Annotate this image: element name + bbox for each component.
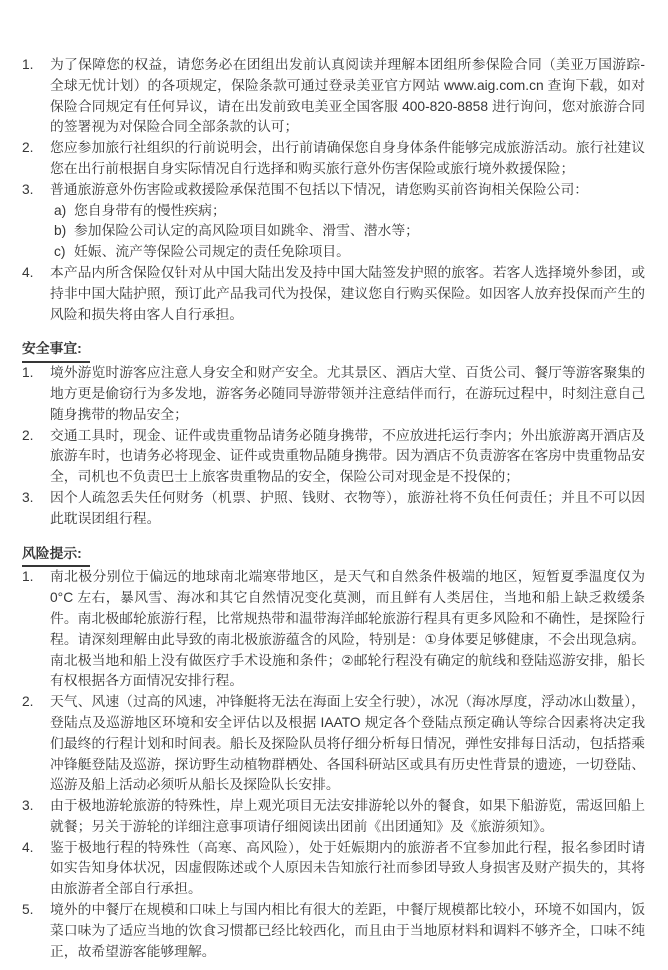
- item-number: 5.: [22, 900, 50, 921]
- list-item: 1. 南北极分别位于偏远的地球南北端寒带地区，是天气和自然条件极端的地区，短暂夏…: [22, 567, 645, 692]
- item-number: 3.: [22, 180, 50, 201]
- item-text: 鉴于极地行程的特殊性（高寒、高风险），处于妊娠期内的旅游者不宜参加此行程，报名参…: [50, 838, 645, 900]
- risk-heading: 风险提示:: [22, 544, 645, 568]
- item-text: 为了保障您的权益，请您务必在团组出发前认真阅读并理解本团组所参保险合同（美亚万国…: [50, 55, 645, 138]
- insurance-section: 1. 为了保障您的权益，请您务必在团组出发前认真阅读并理解本团组所参保险合同（美…: [22, 55, 645, 325]
- sub-list-item: b) 参加保险公司认定的高风险项目如跳伞、滑雪、潜水等；: [22, 221, 645, 242]
- item-text: 天气、风速（过高的风速，冲锋艇将无法在海面上安全行驶），冰况（海冰厚度，浮动冰山…: [50, 692, 645, 796]
- safety-section: 安全事宜: 1. 境外游览时游客应注意人身安全和财产安全。尤其景区、酒店大堂、百…: [22, 339, 645, 529]
- list-item: 3. 普通旅游意外伤害险或救援险承保范围不包括以下情况，请您购买前咨询相关保险公…: [22, 180, 645, 201]
- item-text: 交通工具时，现金、证件或贵重物品请务必随身携带，不应放进托运行李内；外出旅游离开…: [50, 426, 645, 488]
- item-number: 4.: [22, 838, 50, 859]
- list-item: 3. 由于极地游轮旅游的特殊性，岸上观光项目无法安排游轮以外的餐食，如果下船游览…: [22, 796, 645, 838]
- item-text: 本产品内所含保险仅针对从中国大陆出发及持中国大陆签发护照的旅客。若客人选择境外参…: [50, 263, 645, 325]
- sub-item-label: b): [54, 221, 74, 242]
- item-number: 1.: [22, 55, 50, 76]
- list-item: 2. 您应参加旅行社组织的行前说明会，出行前请确保您自身身体条件能够完成旅游活动…: [22, 138, 645, 180]
- list-item: 3. 因个人疏忽丢失任何财务（机票、护照、钱财、衣物等），旅游社将不负任何责任；…: [22, 488, 645, 530]
- item-number: 2.: [22, 692, 50, 713]
- sub-item-text: 妊娠、流产等保险公司规定的责任免除项目。: [74, 242, 645, 263]
- item-text: 南北极分别位于偏远的地球南北端寒带地区，是天气和自然条件极端的地区，短暂夏季温度…: [50, 567, 645, 692]
- item-number: 2.: [22, 138, 50, 159]
- risk-heading-text: 风险提示:: [22, 544, 90, 568]
- item-number: 3.: [22, 796, 50, 817]
- safety-heading-text: 安全事宜:: [22, 339, 90, 363]
- list-item: 2. 天气、风速（过高的风速，冲锋艇将无法在海面上安全行驶），冰况（海冰厚度，浮…: [22, 692, 645, 796]
- sub-item-label: c): [54, 242, 74, 263]
- item-number: 4.: [22, 263, 50, 284]
- sub-item-label: a): [54, 201, 74, 222]
- list-item: 5. 境外的中餐厅在规模和口味上与国内相比有很大的差距，中餐厅规模都比较小，环境…: [22, 900, 645, 962]
- list-item: 2. 交通工具时，现金、证件或贵重物品请务必随身携带，不应放进托运行李内；外出旅…: [22, 426, 645, 488]
- sub-list-item: c) 妊娠、流产等保险公司规定的责任免除项目。: [22, 242, 645, 263]
- item-text: 因个人疏忽丢失任何财务（机票、护照、钱财、衣物等），旅游社将不负任何责任；并且不…: [50, 488, 645, 530]
- safety-heading: 安全事宜:: [22, 339, 645, 363]
- document-page: 1. 为了保障您的权益，请您务必在团组出发前认真阅读并理解本团组所参保险合同（美…: [0, 0, 668, 970]
- item-text: 您应参加旅行社组织的行前说明会，出行前请确保您自身身体条件能够完成旅游活动。旅行…: [50, 138, 645, 180]
- list-item: 4. 本产品内所含保险仅针对从中国大陆出发及持中国大陆签发护照的旅客。若客人选择…: [22, 263, 645, 325]
- item-text: 境外游览时游客应注意人身安全和财产安全。尤其景区、酒店大堂、百货公司、餐厅等游客…: [50, 363, 645, 425]
- item-text: 境外的中餐厅在规模和口味上与国内相比有很大的差距，中餐厅规模都比较小，环境不如国…: [50, 900, 645, 962]
- item-number: 1.: [22, 567, 50, 588]
- risk-section: 风险提示: 1. 南北极分别位于偏远的地球南北端寒带地区，是天气和自然条件极端的…: [22, 544, 645, 963]
- sub-item-text: 参加保险公司认定的高风险项目如跳伞、滑雪、潜水等；: [74, 221, 645, 242]
- sub-list-item: a) 您自身带有的慢性疾病；: [22, 201, 645, 222]
- item-number: 1.: [22, 363, 50, 384]
- sub-item-text: 您自身带有的慢性疾病；: [74, 201, 645, 222]
- item-number: 2.: [22, 426, 50, 447]
- item-text: 普通旅游意外伤害险或救援险承保范围不包括以下情况，请您购买前咨询相关保险公司：: [50, 180, 645, 201]
- item-number: 3.: [22, 488, 50, 509]
- list-item: 1. 境外游览时游客应注意人身安全和财产安全。尤其景区、酒店大堂、百货公司、餐厅…: [22, 363, 645, 425]
- list-item: 1. 为了保障您的权益，请您务必在团组出发前认真阅读并理解本团组所参保险合同（美…: [22, 55, 645, 138]
- item-text: 由于极地游轮旅游的特殊性，岸上观光项目无法安排游轮以外的餐食，如果下船游览，需返…: [50, 796, 645, 838]
- list-item: 4. 鉴于极地行程的特殊性（高寒、高风险），处于妊娠期内的旅游者不宜参加此行程，…: [22, 838, 645, 900]
